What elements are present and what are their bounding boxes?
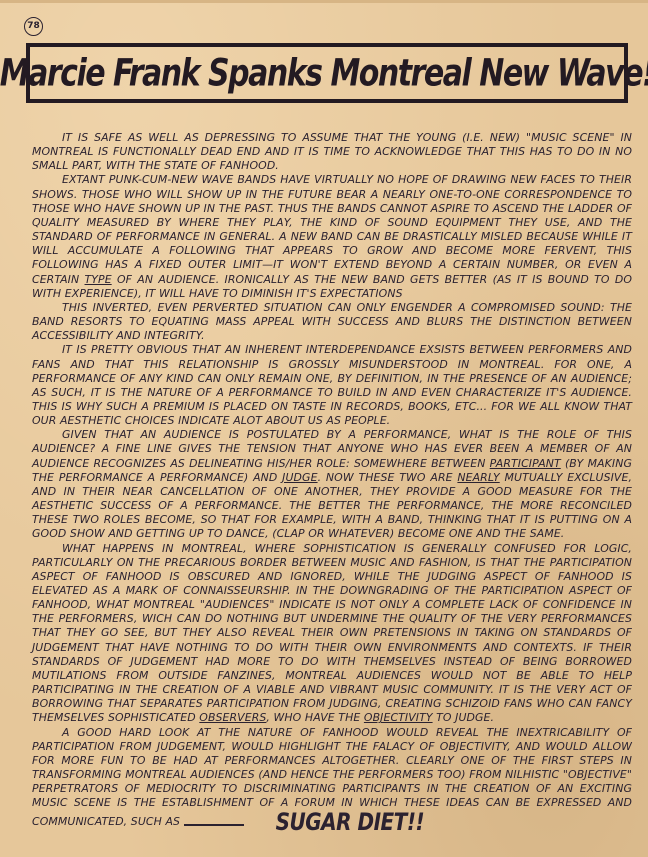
- text-span: What happens in Montreal, where sophisti…: [32, 542, 632, 725]
- paragraph-3: This inverted, even perverted situation …: [32, 301, 632, 343]
- paragraph-1: It is safe as well as depressing to assu…: [32, 131, 632, 173]
- page-number-badge: 78: [24, 17, 43, 36]
- paragraph-5: Given that an audience is postulated by …: [32, 428, 632, 541]
- underlined-word: objectivity: [364, 711, 433, 724]
- text-span: of an audience. Ironically as the new ba…: [32, 273, 632, 300]
- text-span: to judge.: [433, 711, 495, 724]
- paragraph-6: What happens in Montreal, where sophisti…: [32, 542, 632, 726]
- paragraph-7: A good hard look at the nature of fanhoo…: [32, 726, 632, 829]
- underlined-word: nearly: [457, 471, 499, 484]
- paragraph-4: It is pretty obvious that an inherent in…: [32, 343, 632, 428]
- headline-box: Marcie Frank Spanks Montreal New Wave!: [26, 43, 628, 103]
- squiggle-arrow-icon: [184, 818, 244, 826]
- text-span: Extant punk-cum-new wave bands have virt…: [32, 173, 632, 285]
- underlined-word: type: [85, 273, 112, 286]
- underlined-word: judge: [282, 471, 317, 484]
- text-span: . Now these two are: [318, 471, 458, 484]
- article-body: It is safe as well as depressing to assu…: [32, 131, 632, 829]
- underlined-word: observers: [199, 711, 266, 724]
- headline: Marcie Frank Spanks Montreal New Wave!: [0, 51, 648, 95]
- underlined-word: participant: [490, 457, 561, 470]
- text-span: , who have the: [266, 711, 364, 724]
- page-top-edge: [0, 0, 648, 3]
- sugar-diet-signoff: Sugar Diet!!: [246, 813, 425, 830]
- paragraph-2: Extant punk-cum-new wave bands have virt…: [32, 173, 632, 300]
